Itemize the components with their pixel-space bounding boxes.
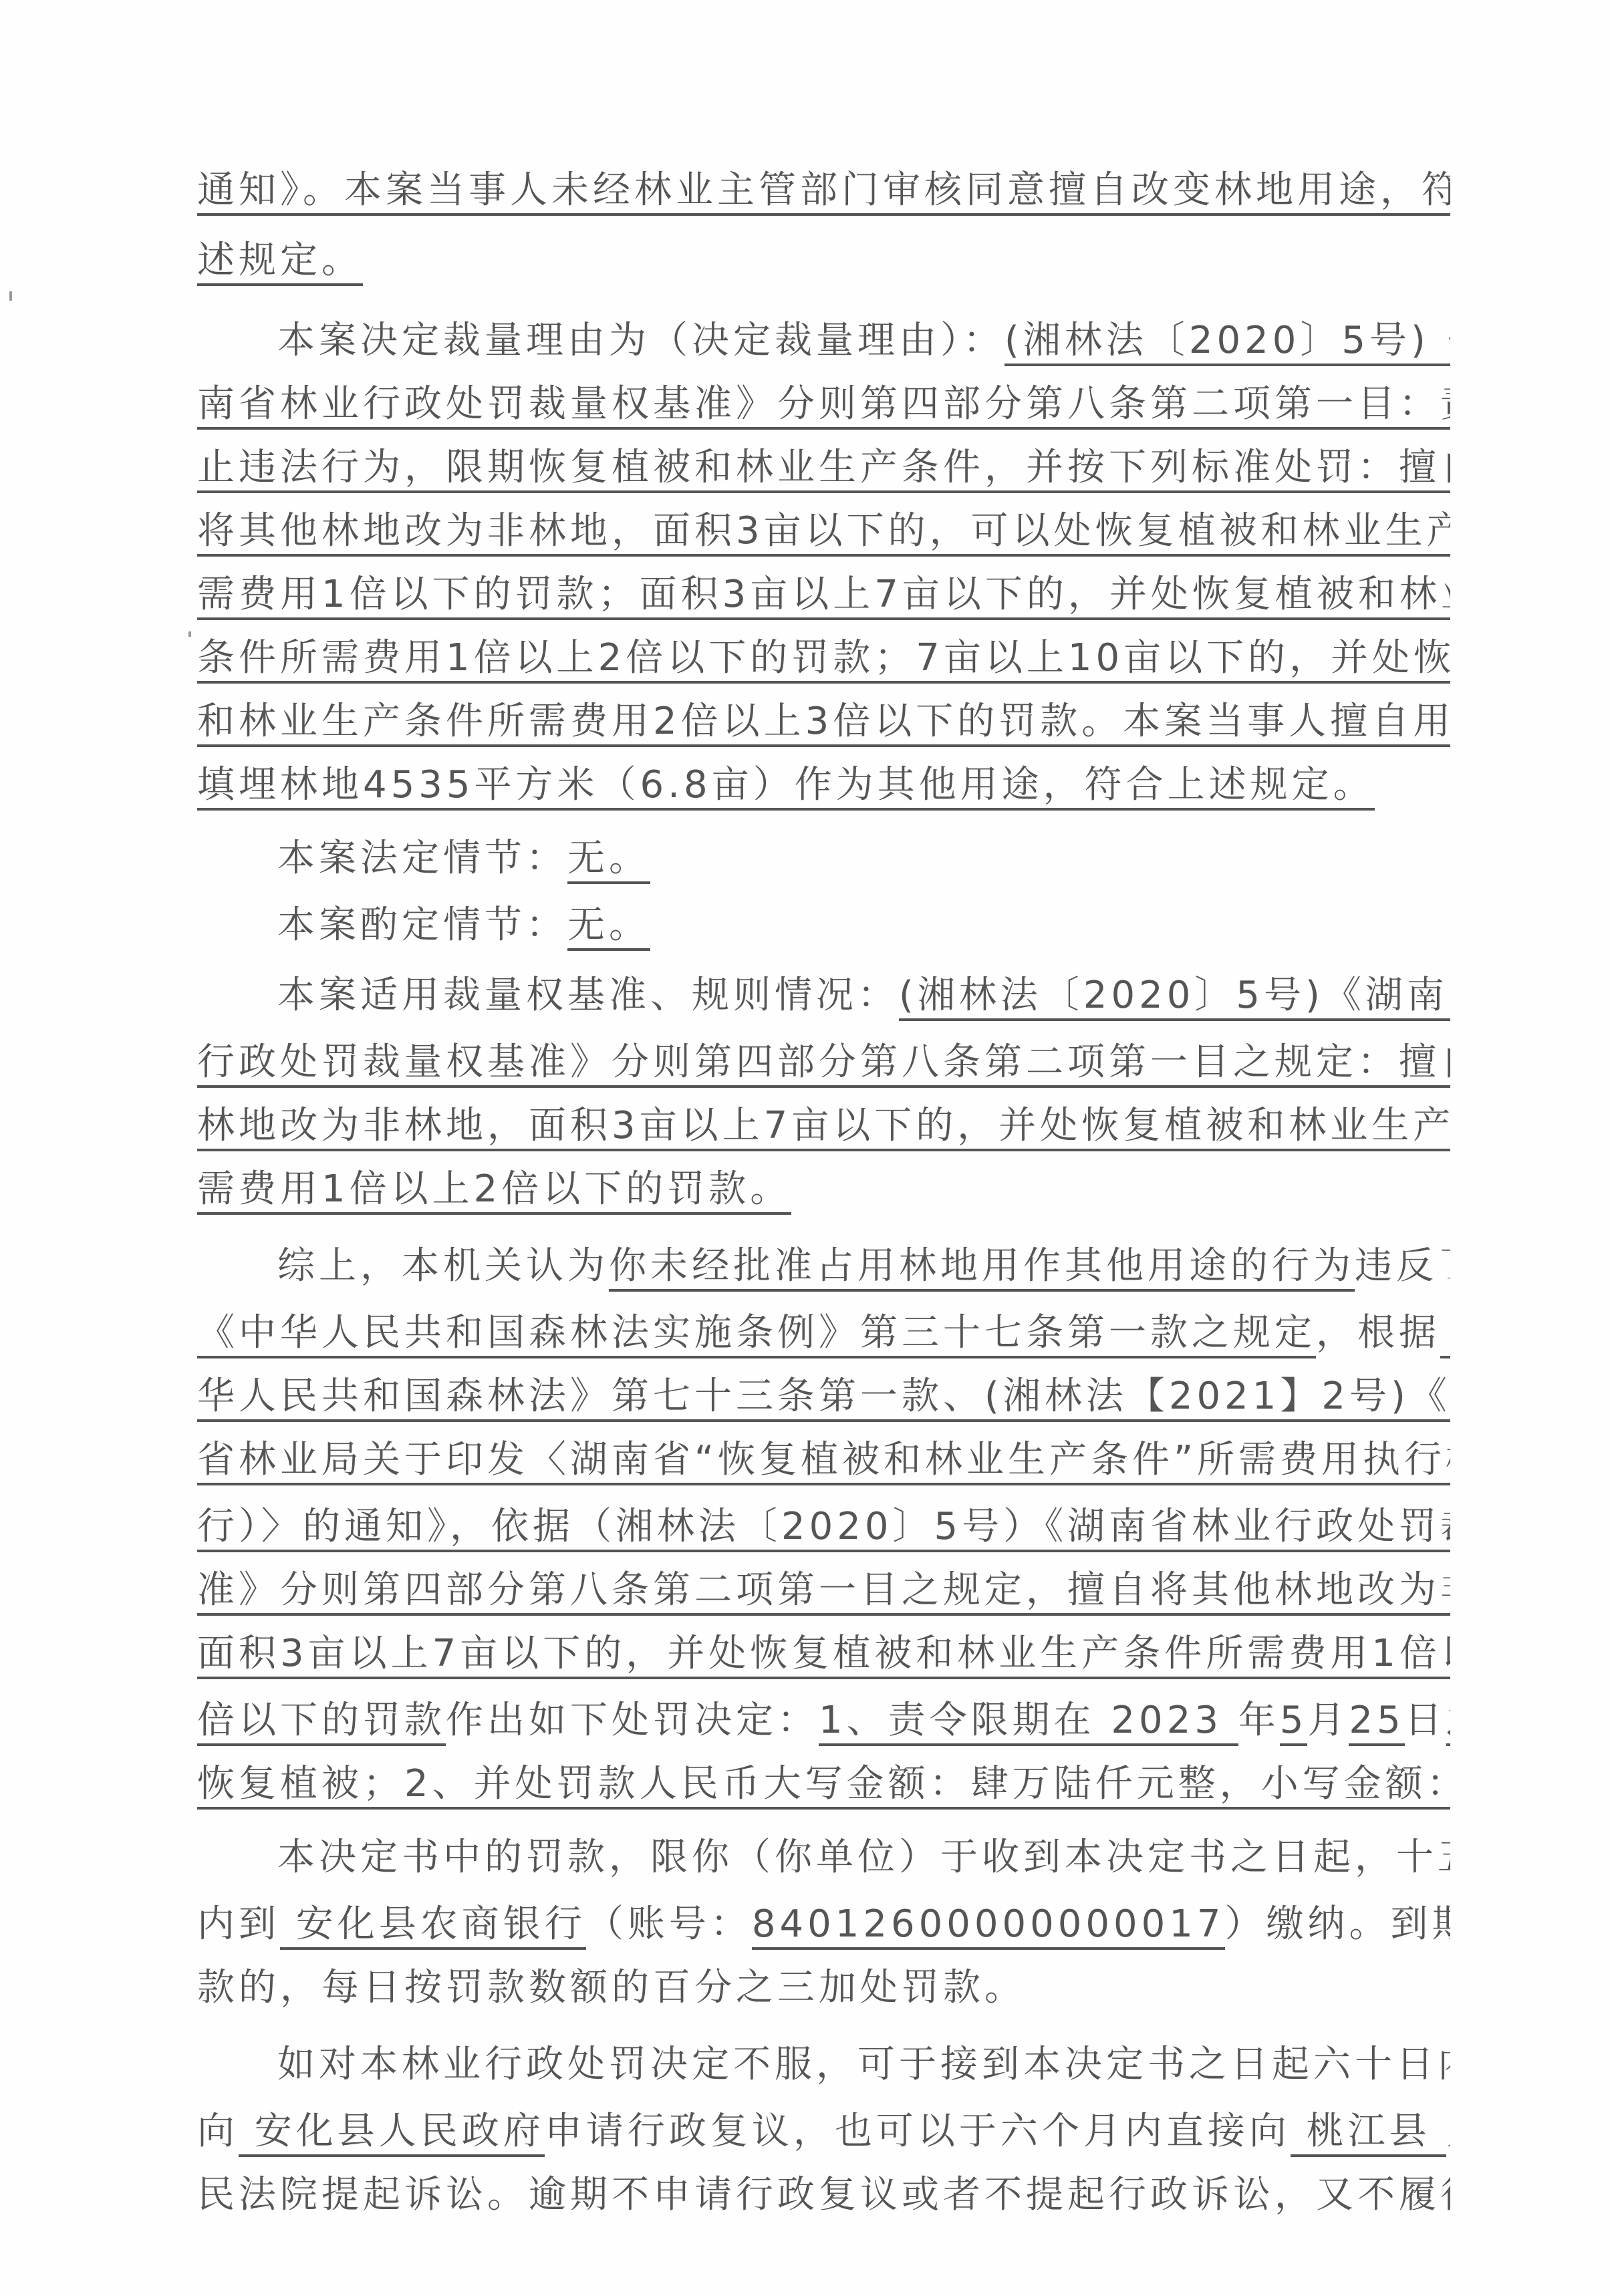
document-line: 倍以下的罚款作出如下处罚决定：1、责令限期在 2023 年5月25日之前	[197, 1694, 1450, 1754]
document-line: 条件所需费用1倍以上2倍以下的罚款；7亩以上10亩以下的，并处恢复植被	[197, 631, 1450, 692]
filled-field-text: 需费用1倍以上2倍以下的罚款。	[197, 1167, 791, 1215]
static-text: 人	[1446, 2110, 1450, 2153]
static-text: 本案法定情节：	[277, 837, 567, 880]
filled-field-text: 84012600000000017	[752, 1902, 1225, 1950]
document-line: 将其他林地改为非林地，面积3亩以下的，可以处恢复植被和林业生产条件所	[197, 505, 1450, 565]
filled-field-text: 倍以下的罚款	[197, 1699, 446, 1746]
static-text: 如对本林业行政处罚决定不服，可于接到本决定书之日起六十日内，	[277, 2043, 1450, 2086]
document-line: 本案适用裁量权基准、规则情况：(湘林法〔2020〕5号)《湖南省林业	[197, 969, 1450, 1029]
filled-field-text: 5	[1280, 1699, 1308, 1746]
document-line: 《中华人民共和国森林法实施条例》第三十七条第一款之规定，根据《中	[197, 1306, 1450, 1367]
document-line: 如对本林业行政处罚决定不服，可于接到本决定书之日起六十日内，	[197, 2038, 1450, 2098]
filled-field-text: 南省林业行政处罚裁量权基准》分则第四部分第八条第二项第一目：责令停	[197, 382, 1450, 430]
static-text: 本决定书中的罚款，限你（你单位）于收到本决定书之日起，十五日	[277, 1836, 1450, 1879]
filled-field-text: 通知》。本案当事人未经林业主管部门审核同意擅自改变林地用途，符合上	[197, 168, 1450, 216]
document-line: 行）〉的通知》，依据（湘林法〔2020〕5号）《湖南省林业行政处罚裁量权基	[197, 1500, 1450, 1560]
filled-field-text: 面积3亩以上7亩以下的，并处恢复植被和林业生产条件所需费用1倍以上2	[197, 1632, 1450, 1679]
document-line: 华人民共和国森林法》第七十三条第一款、(湘林法【2021】2号)《湖南	[197, 1370, 1450, 1430]
filled-field-text: 需费用1倍以下的罚款；面积3亩以上7亩以下的，并处恢复植被和林业生产	[197, 573, 1450, 620]
static-text: 作出如下处罚决定：	[446, 1699, 819, 1742]
filled-field-text: 华人民共和国森林法》第七十三条第一款、(湘林法【2021】2号)《湖南	[197, 1375, 1450, 1422]
filled-field-text: 将其他林地改为非林地，面积3亩以下的，可以处恢复植被和林业生产条件所	[197, 509, 1450, 557]
filled-field-text: 填埋林地4535平方米（6.8亩）作为其他用途，符合上述规定。	[197, 763, 1375, 811]
document-line: 面积3亩以上7亩以下的，并处恢复植被和林业生产条件所需费用1倍以上2	[197, 1627, 1450, 1687]
filled-field-text: 无。	[567, 837, 650, 884]
document-line: 民法院提起诉讼。逾期不申请行政复议或者不提起行政诉讼，又不履行处	[197, 2168, 1450, 2229]
document-line: 需费用1倍以下的罚款；面积3亩以上7亩以下的，并处恢复植被和林业生产	[197, 568, 1450, 628]
static-text: 年	[1238, 1699, 1280, 1742]
static-text: （账号：	[586, 1902, 752, 1946]
filled-field-text: 省林业局关于印发〈湖南省“恢复植被和林业生产条件”所需费用执行标准（试	[197, 1438, 1450, 1485]
filled-field-text: 安化县人民政府	[239, 2110, 545, 2157]
filled-field-text: (湘林法〔2020〕5号)《湖	[1004, 319, 1450, 366]
document-line: 省林业局关于印发〈湖南省“恢复植被和林业生产条件”所需费用执行标准（试	[197, 1433, 1450, 1493]
scanned-document-page: 通知》。本案当事人未经林业主管部门审核同意擅自改变林地用途，符合上述规定。本案决…	[0, 0, 1610, 2296]
document-line: 本决定书中的罚款，限你（你单位）于收到本决定书之日起，十五日	[197, 1831, 1450, 1891]
filled-field-text: 《中华人民共和国森林法实施条例》第三十七条第一款之规定	[197, 1311, 1316, 1358]
filled-field-text: 准》分则第四部分第八条第二项第一目之规定，擅自将其他林地改为非林地，	[197, 1568, 1450, 1616]
document-line: 本案法定情节：无。	[197, 832, 1450, 892]
filled-field-text: 25	[1349, 1699, 1404, 1746]
static-text: ，根据	[1316, 1311, 1440, 1354]
document-line: 填埋林地4535平方米（6.8亩）作为其他用途，符合上述规定。	[197, 758, 1450, 819]
filled-field-text: 述规定。	[197, 239, 363, 286]
filled-field-text: 和林业生产条件所需费用2倍以上3倍以下的罚款。本案当事人擅自用渣土	[197, 700, 1450, 747]
filled-field-text: 行）〉的通知》，依据（湘林法〔2020〕5号）《湖南省林业行政处罚裁量权基	[197, 1505, 1450, 1552]
static-text: 民法院提起诉讼。逾期不申请行政复议或者不提起行政诉讼，又不履行处	[197, 2173, 1450, 2216]
static-text: 综上，本机关认为	[277, 1244, 609, 1288]
filled-field-text: 行政处罚裁量权基准》分则第四部分第八条第二项第一目之规定：擅自将其他	[197, 1040, 1450, 1088]
static-text: 申请行政复议，也可以于六个月内直接向	[545, 2110, 1291, 2153]
document-line: 综上，本机关认为你未经批准占用林地用作其他用途的行为违反了	[197, 1240, 1450, 1300]
static-text: 内到	[197, 1902, 280, 1946]
filled-field-text: 恢复植被；2、并处罚款人民币大写金额：肆万陆仟元整，小写金额：46000元。	[197, 1762, 1450, 1810]
static-text: 款的，每日按罚款数额的百分之三加处罚款。	[197, 1966, 1026, 2009]
static-text: ）缴纳。到期不缴纳罚	[1225, 1902, 1450, 1946]
scan-speck	[9, 291, 12, 301]
document-line: 本案酌定情节：无。	[197, 899, 1450, 959]
filled-field-text: 止违法行为，限期恢复植被和林业生产条件，并按下列标准处罚：擅自	[197, 446, 1450, 493]
filled-field-text: 林地改为非林地，面积3亩以上7亩以下的，并处恢复植被和林业生产条件所	[197, 1104, 1450, 1151]
document-line: 本案决定裁量理由为（决定裁量理由）：(湘林法〔2020〕5号)《湖	[197, 314, 1450, 374]
document-line: 内到 安化县农商银行（账号：84012600000000017）缴纳。到期不缴纳…	[197, 1898, 1450, 1958]
filled-field-text: 你未经批准占用林地用作其他用途的行为	[609, 1244, 1355, 1292]
static-text: 向	[197, 2110, 239, 2153]
static-text: 日	[1405, 1699, 1446, 1742]
static-text: 本案适用裁量权基准、规则情况：	[277, 974, 899, 1017]
document-line: 通知》。本案当事人未经林业主管部门审核同意擅自改变林地用途，符合上	[197, 164, 1450, 224]
filled-field-text: 无。	[567, 903, 650, 951]
document-line: 需费用1倍以上2倍以下的罚款。	[197, 1163, 1450, 1223]
scan-speck	[188, 631, 191, 637]
filled-field-text: 安化县农商银行	[280, 1902, 586, 1950]
document-line: 林地改为非林地，面积3亩以上7亩以下的，并处恢复植被和林业生产条件所	[197, 1099, 1450, 1159]
document-line: 向 安化县人民政府申请行政复议，也可以于六个月内直接向 桃江县 人	[197, 2105, 1450, 2165]
static-text: 月	[1307, 1699, 1349, 1742]
static-text: 违反了	[1355, 1244, 1450, 1288]
static-text: 本案决定裁量理由为（决定裁量理由）：	[277, 319, 1004, 362]
static-text: 本案酌定情节：	[277, 903, 567, 947]
document-line: 止违法行为，限期恢复植被和林业生产条件，并按下列标准处罚：擅自	[197, 441, 1450, 501]
filled-field-text: (湘林法〔2020〕5号)《湖南省林业	[899, 974, 1450, 1021]
filled-field-text: 之前	[1446, 1699, 1450, 1746]
document-line: 南省林业行政处罚裁量权基准》分则第四部分第八条第二项第一目：责令停	[197, 378, 1450, 438]
document-line: 恢复植被；2、并处罚款人民币大写金额：肆万陆仟元整，小写金额：46000元。	[197, 1757, 1450, 1818]
filled-field-text: 1、责令限期在 2023	[819, 1699, 1238, 1746]
document-line: 述规定。	[197, 234, 1450, 294]
document-line: 款的，每日按罚款数额的百分之三加处罚款。	[197, 1961, 1450, 2021]
filled-field-text: 桃江县	[1291, 2110, 1447, 2157]
document-line: 和林业生产条件所需费用2倍以上3倍以下的罚款。本案当事人擅自用渣土	[197, 695, 1450, 755]
filled-field-text: 《中	[1440, 1311, 1450, 1358]
filled-field-text: 条件所需费用1倍以上2倍以下的罚款；7亩以上10亩以下的，并处恢复植被	[197, 636, 1450, 684]
document-line: 行政处罚裁量权基准》分则第四部分第八条第二项第一目之规定：擅自将其他	[197, 1036, 1450, 1096]
document-line: 准》分则第四部分第八条第二项第一目之规定，擅自将其他林地改为非林地，	[197, 1564, 1450, 1624]
